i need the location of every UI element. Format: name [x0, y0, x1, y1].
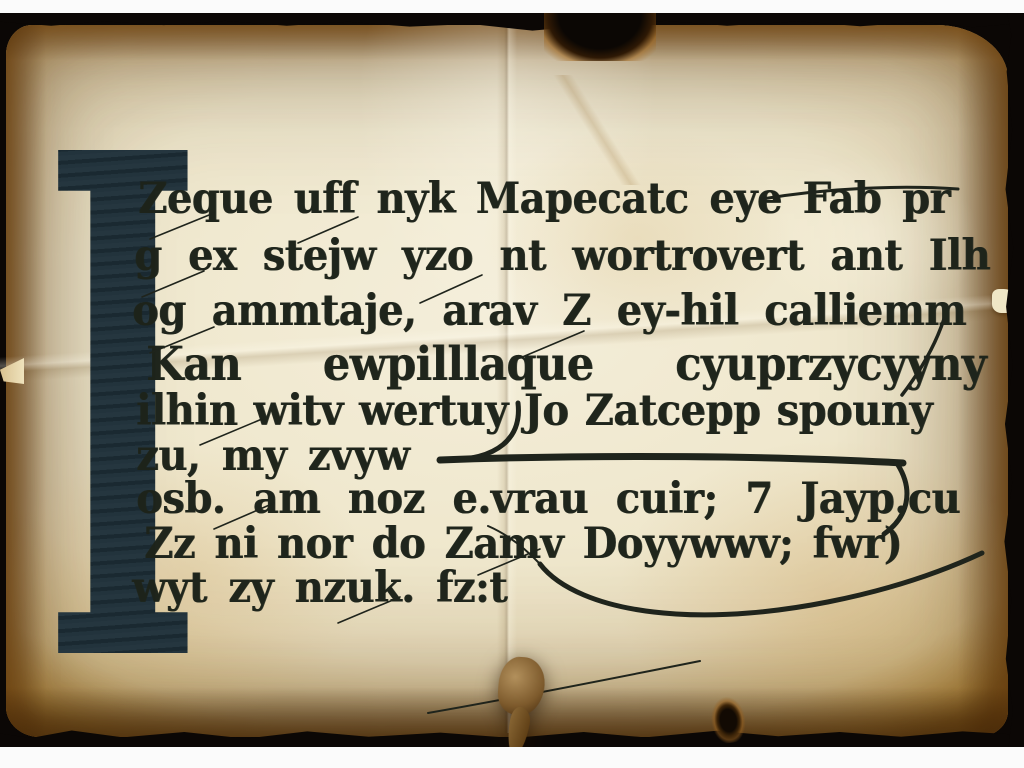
script-line-1: Zeque uff nyk Mapecatc eye Fab pr — [138, 173, 950, 225]
seal-cord-remnant — [490, 653, 549, 747]
script-line-2: g ex stejw yzo nt wortrovert ant Ilh — [134, 230, 990, 282]
frame-border-bottom — [0, 747, 1024, 768]
script-line-4: Kan ewpilllaque cyuprzycyyny — [146, 339, 986, 391]
torn-notch — [544, 13, 656, 61]
burn-hole — [707, 691, 750, 746]
parchment-photo: I Zeque uff nyk Mapecatc eye Fab pr g ex… — [0, 13, 1024, 747]
screenshot: I Zeque uff nyk Mapecatc eye Fab pr g ex… — [0, 0, 1024, 768]
frame-border-top — [0, 0, 1024, 13]
script-line-9: wyt zy nzuk. fz:t — [132, 562, 507, 614]
manuscript-text-block: Zeque uff nyk Mapecatc eye Fab pr g ex s… — [0, 13, 1024, 747]
script-line-3: og ammtaje, arav Z ey-hil calliemm — [132, 285, 966, 337]
